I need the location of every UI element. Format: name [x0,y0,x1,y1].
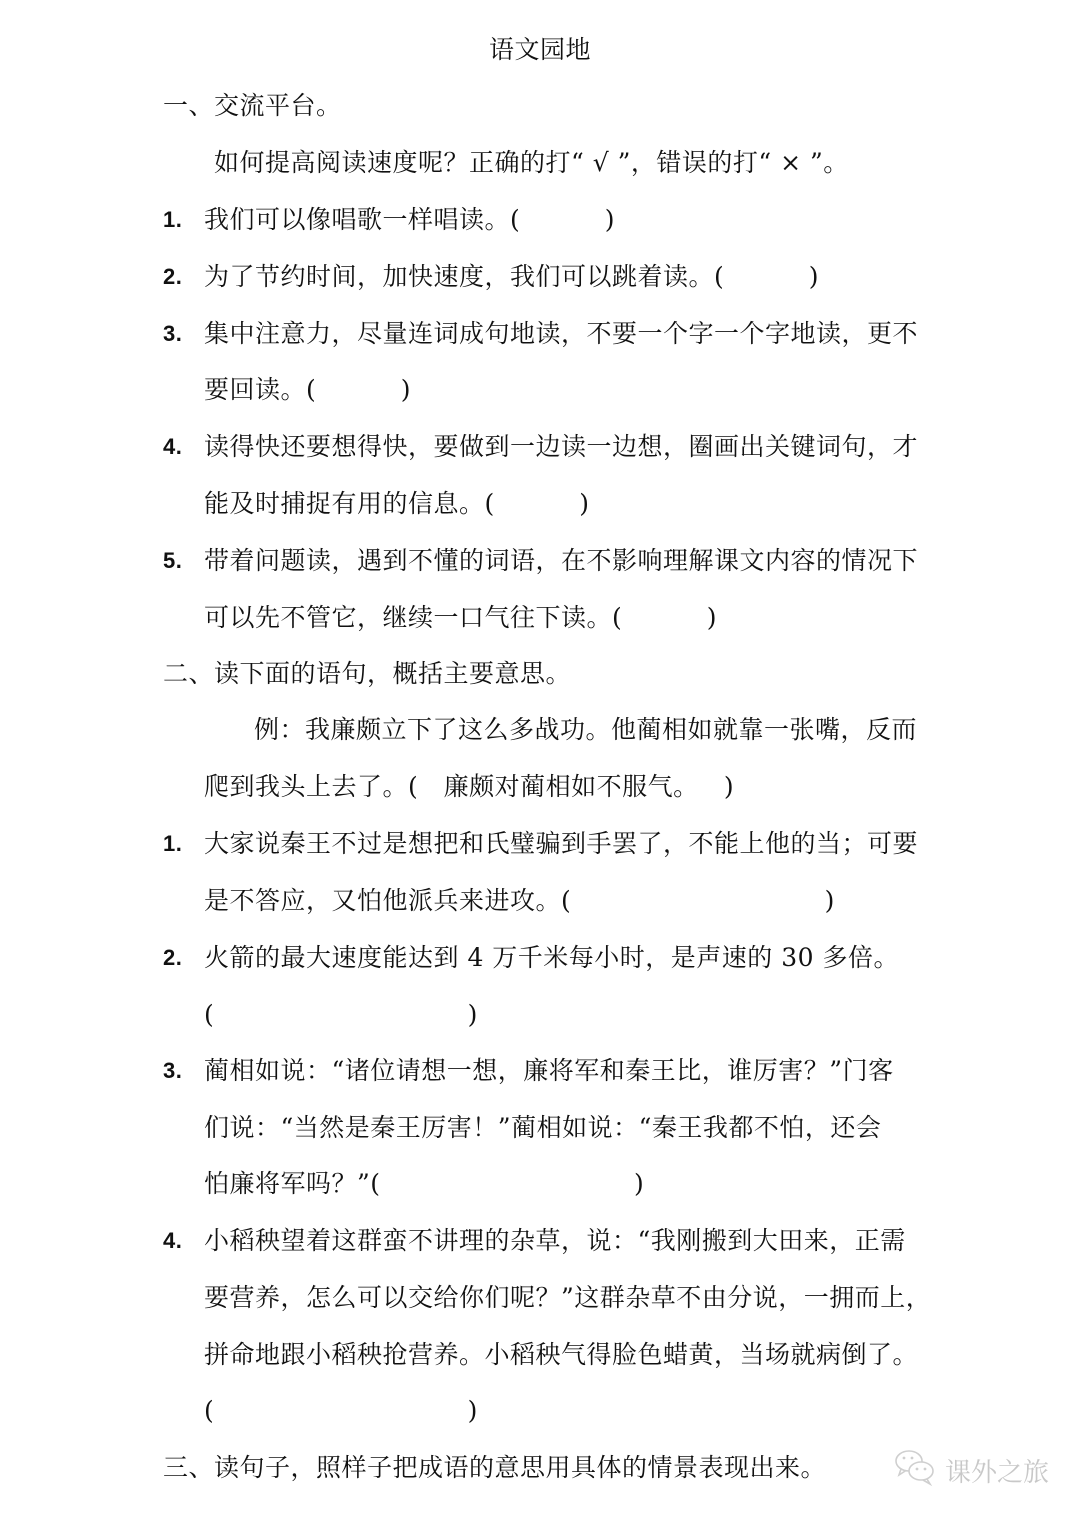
s2-item3-num: 3. [163,1053,182,1089]
s1-item5-text-line1: 带着问题读，遇到不懂的词语，在不影响理解课文内容的情况下 [204,543,918,579]
s2-item1-text-line2: 是不答应，又怕他派兵来进攻。( ) [204,883,835,919]
s2-item4-num: 4. [163,1223,182,1259]
page-title: 语文园地 [0,32,1080,68]
s1-item1-num: 1. [163,202,182,238]
s2-item3-text-line3: 怕廉将军吗？”( ) [204,1166,644,1202]
s1-item2-text: 为了节约时间，加快速度，我们可以跳着读。( ) [204,259,819,295]
section1-heading: 一、交流平台。 [163,88,342,124]
s2-item2-answer-blank: ( ) [204,997,478,1033]
s2-item1-text-line1: 大家说秦王不过是想把和氏璧骗到手罢了，不能上他的当；可要 [204,826,918,862]
watermark-text: 课外之旅 [945,1452,1049,1489]
s1-item4-text-line1: 读得快还要想得快，要做到一边读一边想，圈画出关键词句，才 [204,429,918,465]
s1-item2-num: 2. [163,259,182,295]
s1-item1-text: 我们可以像唱歌一样唱读。( ) [204,202,615,238]
s2-item4-text-line2: 要营养，怎么可以交给你们呢？”这群杂草不由分说，一拥而上， [204,1280,931,1316]
section3-heading: 三、读句子，照样子把成语的意思用具体的情景表现出来。 [163,1450,826,1486]
s2-item4-answer-blank: ( ) [204,1393,478,1429]
watermark: 课外之旅 [893,1448,1049,1492]
section2-heading: 二、读下面的语句，概括主要意思。 [163,656,571,692]
s2-example-line1: 例：我廉颇立下了这么多战功。他蔺相如就靠一张嘴，反而 [254,712,917,748]
s2-item4-text-line3: 拼命地跟小稻秧抢营养。小稻秧气得脸色蜡黄，当场就病倒了。 [204,1337,918,1373]
s1-item3-text-line2: 要回读。( ) [204,372,411,408]
s1-item5-text-line2: 可以先不管它，继续一口气往下读。( ) [204,600,717,636]
worksheet-page: 语文园地 一、交流平台。 如何提高阅读速度呢？正确的打“ √ ”，错误的打“ ×… [0,0,1080,1527]
s2-item1-num: 1. [163,826,182,862]
s2-item3-text-line1: 蔺相如说：“诸位请想一想，廉将军和秦王比，谁厉害？”门客 [204,1053,894,1089]
s2-item3-text-line2: 们说：“当然是秦王厉害！”蔺相如说：“秦王我都不怕，还会 [204,1110,881,1146]
s2-example-line2: 爬到我头上去了。( 廉颇对蔺相如不服气。 ) [204,769,734,805]
wechat-icon [893,1447,937,1494]
section1-instruction: 如何提高阅读速度呢？正确的打“ √ ”，错误的打“ × ”。 [214,145,849,181]
s1-item5-num: 5. [163,543,182,579]
s1-item4-num: 4. [163,429,182,465]
s1-item4-text-line2: 能及时捕捉有用的信息。( ) [204,486,589,522]
s2-item2-text-line1: 火箭的最大速度能达到 4 万千米每小时，是声速的 30 多倍。 [204,940,899,976]
s2-item2-num: 2. [163,940,182,976]
s1-item3-num: 3. [163,316,182,352]
s2-item4-text-line1: 小稻秧望着这群蛮不讲理的杂草，说：“我刚搬到大田来，正需 [204,1223,906,1259]
s1-item3-text-line1: 集中注意力，尽量连词成句地读，不要一个字一个字地读，更不 [204,316,918,352]
